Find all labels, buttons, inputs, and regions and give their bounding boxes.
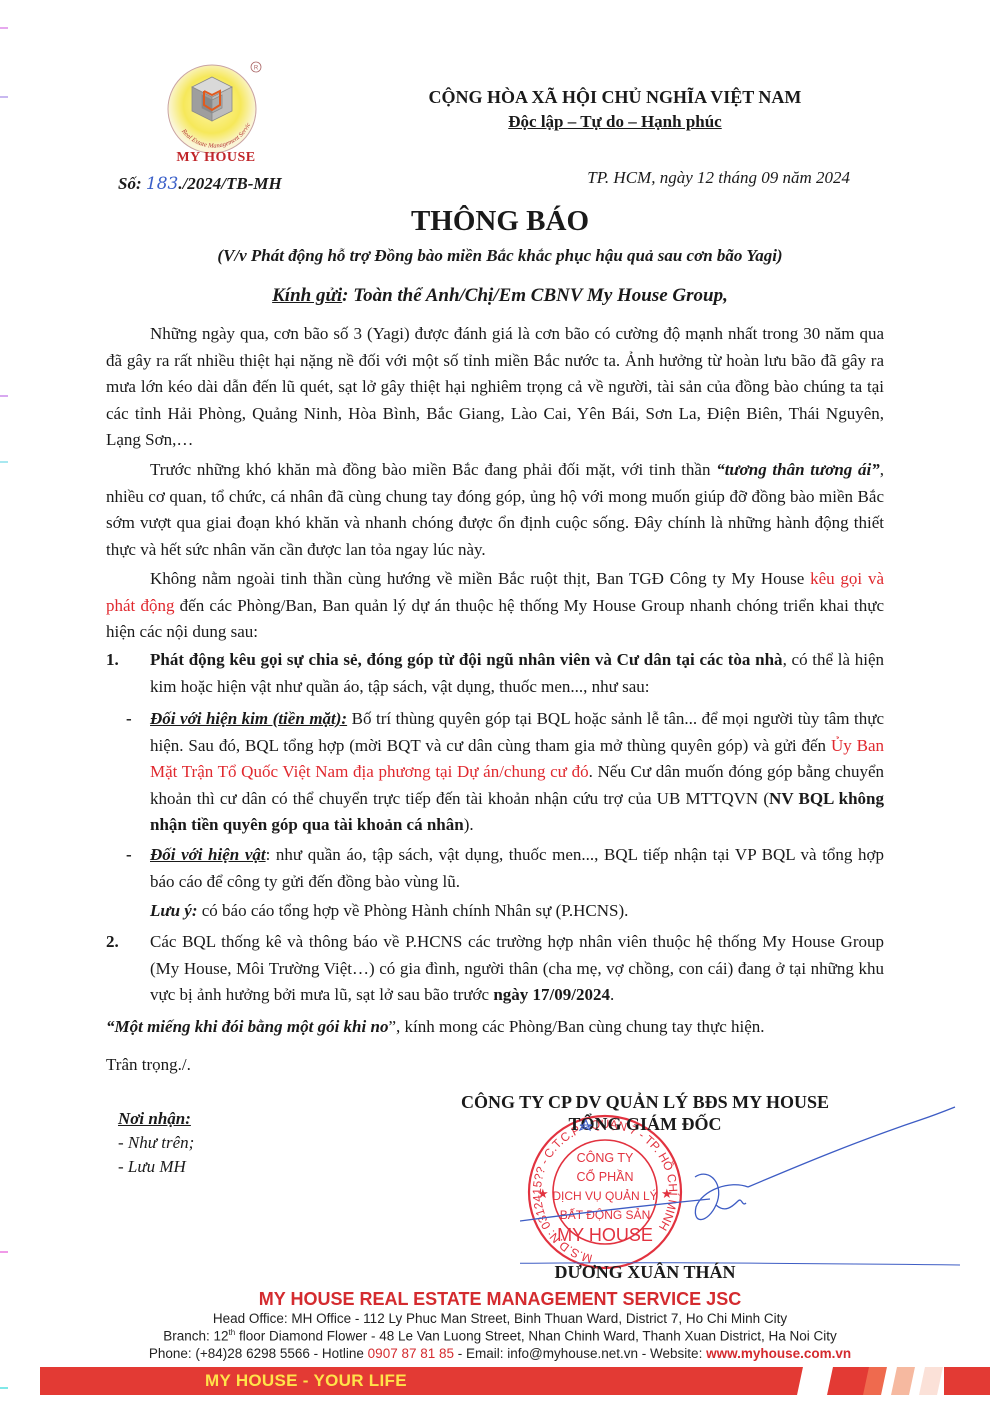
website-link[interactable]: www.myhouse.com.vn	[706, 1346, 851, 1361]
sub-item-goods: - Đối với hiện vật: như quần áo, tập sác…	[106, 842, 884, 895]
sub-item-cash: - Đối với hiện kim (tiền mặt): Bố trí th…	[106, 706, 884, 839]
band-end	[944, 1367, 990, 1395]
logo-brand-name: MY HOUSE	[160, 150, 272, 166]
paragraph-3: Không nằm ngoài tinh thần cùng hướng về …	[106, 566, 884, 646]
scan-mark	[0, 1387, 8, 1389]
handwritten-number: 183	[146, 174, 178, 194]
scan-mark	[0, 395, 8, 397]
scan-mark	[0, 96, 8, 98]
footer-head-office: Head Office: MH Office - 112 Ly Phuc Man…	[0, 1311, 1000, 1326]
scan-mark	[0, 27, 8, 29]
handwritten-signature	[520, 1095, 960, 1285]
band-gap	[797, 1367, 833, 1395]
svg-text:R: R	[254, 66, 259, 72]
closing-line: “Một miếng khi đói bằng một gói khi no”,…	[106, 1014, 884, 1041]
paragraph-2: Trước những khó khăn mà đồng bào miền Bắ…	[106, 457, 884, 563]
list-item-1: 1. Phát động kêu gọi sự chia sẻ, đóng gó…	[106, 647, 884, 700]
place-date: TP. HCM, ngày 12 tháng 09 năm 2024	[480, 168, 850, 188]
hotline: 0907 87 81 85	[368, 1346, 454, 1361]
recipients-block: Nơi nhận: - Như trên; - Lưu MH	[118, 1107, 194, 1179]
footer-branch: Branch: 12th floor Diamond Flower - 48 L…	[0, 1328, 1000, 1344]
document-number: Số: 183./2024/TB-MH	[118, 174, 282, 194]
paragraph-1: Những ngày qua, cơn bão số 3 (Yagi) được…	[106, 321, 884, 454]
signer-name: DƯƠNG XUÂN THÁN	[430, 1262, 860, 1283]
recipient-line: Kính gửi: Toàn thể Anh/Chị/Em CBNV My Ho…	[0, 285, 1000, 307]
scan-mark	[0, 1251, 8, 1253]
list-item-2: 2. Các BQL thống kê và thông báo về P.HC…	[106, 929, 884, 1009]
national-motto: Độc lập – Tự do – Hạnh phúc	[330, 112, 900, 132]
scan-mark	[0, 461, 8, 463]
document-subject: (V/v Phát động hỗ trợ Đồng bào miền Bắc …	[0, 246, 1000, 266]
slogan-band	[40, 1367, 900, 1395]
document-title: THÔNG BÁO	[0, 205, 1000, 238]
national-title: CỘNG HÒA XÃ HỘI CHỦ NGHĨA VIỆT NAM	[330, 87, 900, 108]
slogan: MY HOUSE - YOUR LIFE	[205, 1371, 407, 1391]
footer-contact: Phone: (+84)28 6298 5566 - Hotline 0907 …	[0, 1346, 1000, 1361]
footer-company: MY HOUSE REAL ESTATE MANAGEMENT SERVICE …	[0, 1289, 1000, 1310]
note: Lưu ý: có báo cáo tổng hợp về Phòng Hành…	[106, 898, 884, 925]
regards: Trân trọng./.	[106, 1052, 884, 1079]
